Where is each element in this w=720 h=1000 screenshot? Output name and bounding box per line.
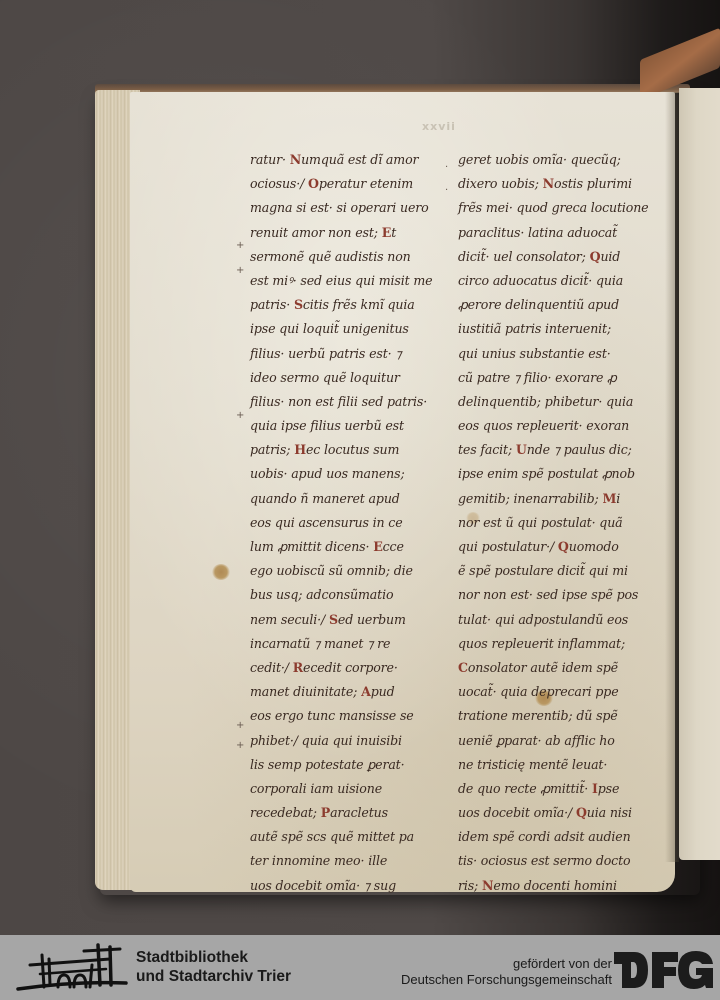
rubricated-initial: N (543, 176, 554, 191)
institution-line-2: und Stadtarchiv Trier (136, 967, 291, 986)
manuscript-line: recedebat; Paracletus (250, 801, 450, 825)
rubricated-initial: Q (558, 539, 569, 554)
manuscript-line: cũ patre ⁊ filio· exorare ꝓ (458, 366, 663, 390)
manuscript-line: ipse qui loquit̃ unigenitus (250, 317, 450, 341)
funding-line-1: gefördert von der (401, 956, 612, 972)
manuscript-line: uos docebit omĩa· ⁊ sug (250, 874, 450, 898)
manuscript-line: delinquentib; phibetur· quia (458, 390, 663, 414)
funding-notice: gefördert von der Deutschen Forschungsge… (401, 956, 612, 988)
manuscript-line: quando ñ maneret apud (250, 487, 450, 511)
manuscript-line: ipse enim spẽ postulat ꝓnob (458, 462, 663, 486)
manuscript-line: lum ꝓmittit dicens· Ecce (250, 535, 450, 559)
trier-city-gate-icon (14, 941, 128, 995)
manuscript-line: eos ergo tunc mansisse se (250, 704, 450, 728)
manuscript-line: dixero uobis; Nostis plurimi (458, 172, 663, 196)
rubricated-initial: E (382, 225, 391, 240)
manuscript-line: lis semp potestate ꝑerat· (250, 753, 450, 777)
manuscript-line: ter innomine meo· ille (250, 849, 450, 873)
rubricated-initial: N (482, 878, 493, 893)
manuscript-line: magna si est· si operari uero (250, 196, 450, 220)
manuscript-line: de quo recte ꝓmittit̃· Ipse (458, 777, 663, 801)
manuscript-line: quia ipse filius uerbũ est (250, 414, 450, 438)
manuscript-line: Consolator autẽ idem spẽ (458, 656, 663, 680)
rubricated-initial: A (361, 684, 371, 699)
parchment-stain (212, 564, 230, 580)
manuscript-line: incarnatũ ⁊ manet ⁊ re (250, 632, 450, 656)
manuscript-line: idem spẽ cordi adsit audien (458, 825, 663, 849)
rubricated-initial: I (592, 781, 598, 796)
manuscript-line: corporali iam uisione (250, 777, 450, 801)
manuscript-line: renuit amor non est; Et (250, 221, 450, 245)
rubricated-initial: O (308, 176, 319, 191)
manuscript-line: ueniẽ ꝑparat· ab afflic ho (458, 729, 663, 753)
institution-line-1: Stadtbibliothek (136, 948, 291, 967)
manuscript-line: bus usq; adconsũmatio (250, 583, 450, 607)
margin-mark: + (236, 740, 244, 751)
manuscript-line: eos quos repleuerit· exoran (458, 414, 663, 438)
manuscript-line: phibet·/ quia qui inuisibi (250, 729, 450, 753)
rubricated-initial: Q (590, 249, 601, 264)
manuscript-line: autẽ spẽ scs quẽ mittet pa (250, 825, 450, 849)
manuscript-line: tulat· qui adpostulandũ eos (458, 608, 663, 632)
footer-banner: Stadtbibliothek und Stadtarchiv Trier ge… (0, 935, 720, 1000)
manuscript-line: ego uobiscũ sũ omnib; die (250, 559, 450, 583)
manuscript-line: quos repleuerit inflammat; (458, 632, 663, 656)
manuscript-line: sermonẽ quẽ audistis non (250, 245, 450, 269)
manuscript-line: eos qui ascensurus in ce (250, 511, 450, 535)
rubricated-initial: E (373, 539, 382, 554)
manuscript-line: ꝓerore delinquentiũ apud (458, 293, 663, 317)
manuscript-line: paraclitus· latina aduocat̃ (458, 221, 663, 245)
manuscript-line: tratione merentib; dũ spẽ (458, 704, 663, 728)
rubricated-initial: M (603, 491, 617, 506)
manuscript-line: patris; Hec locutus sum (250, 438, 450, 462)
manuscript-line: qui unius substantie est· (458, 342, 663, 366)
margin-mark: + (236, 410, 244, 421)
margin-mark: + (236, 720, 244, 731)
manuscript-viewer: xxvii + + + + + · · ratur· Numquã est dĩ… (0, 0, 720, 935)
book-gutter (665, 92, 679, 862)
folio-number: xxvii (422, 120, 456, 133)
manuscript-line: gemitib; inenarrabilib; Mi (458, 487, 663, 511)
manuscript-line: tis· ociosus est sermo docto (458, 849, 663, 873)
rubricated-initial: Q (576, 805, 587, 820)
text-column-right: geret uobis omĩa· quecũq;dixero uobis; N… (458, 148, 663, 898)
manuscript-line: ẽ spẽ postulare dicit̃ qui mi (458, 559, 663, 583)
rubricated-initial: R (293, 660, 303, 675)
text-column-left: ratur· Numquã est dĩ amorociosus·/ Opera… (250, 148, 450, 898)
manuscript-line: manet diuinitate; Apud (250, 680, 450, 704)
institution-name: Stadtbibliothek und Stadtarchiv Trier (136, 948, 291, 986)
rubricated-initial: H (294, 442, 306, 457)
manuscript-line: qui postulatur·/ Quomodo (458, 535, 663, 559)
manuscript-line: patris· Scitis frẽs kmĩ quia (250, 293, 450, 317)
manuscript-line: est miꝰ· sed eius qui misit me (250, 269, 450, 293)
rubricated-initial: C (458, 660, 468, 675)
manuscript-line: filius· non est filii sed patris· (250, 390, 450, 414)
manuscript-line: ne tristicię mentẽ leuat· (458, 753, 663, 777)
manuscript-line: ociosus·/ Operatur etenim (250, 172, 450, 196)
rubricated-initial: S (294, 297, 303, 312)
rubricated-initial: N (290, 152, 301, 167)
manuscript-line: frẽs mei· quod greca locutione (458, 196, 663, 220)
margin-mark: + (236, 240, 244, 251)
rubricated-initial: U (516, 442, 527, 457)
manuscript-line: ratur· Numquã est dĩ amor (250, 148, 450, 172)
manuscript-line: nor non est· sed ipse spẽ pos (458, 583, 663, 607)
manuscript-line: ris; Nemo docenti homini (458, 874, 663, 898)
manuscript-line: dicit̃· uel consolator; Quid (458, 245, 663, 269)
rubricated-initial: S (329, 612, 338, 627)
manuscript-line: ideo sermo quẽ loquitur (250, 366, 450, 390)
manuscript-line: iustitiã patris interuenit; (458, 317, 663, 341)
margin-mark: + (236, 265, 244, 276)
manuscript-line: uos docebit omĩa·/ Quia nisi (458, 801, 663, 825)
manuscript-line: tes facit; Unde ⁊ paulus dic; (458, 438, 663, 462)
manuscript-line: cedit·/ Recedit corpore· (250, 656, 450, 680)
manuscript-line: geret uobis omĩa· quecũq; (458, 148, 663, 172)
rubricated-initial: P (321, 805, 330, 820)
manuscript-line: uocat̃· quia deprecari ppe (458, 680, 663, 704)
funding-line-2: Deutschen Forschungsgemeinschaft (401, 972, 612, 988)
manuscript-line: uobis· apud uos manens; (250, 462, 450, 486)
facing-page-edge (679, 88, 720, 860)
manuscript-line: circo aduocatus dicit̃· quia (458, 269, 663, 293)
dfg-logo-icon (614, 950, 714, 990)
manuscript-line: nor est ũ qui postulat· quã (458, 511, 663, 535)
manuscript-line: filius· uerbũ patris est· ⁊ (250, 342, 450, 366)
manuscript-line: nem seculi·/ Sed uerbum (250, 608, 450, 632)
